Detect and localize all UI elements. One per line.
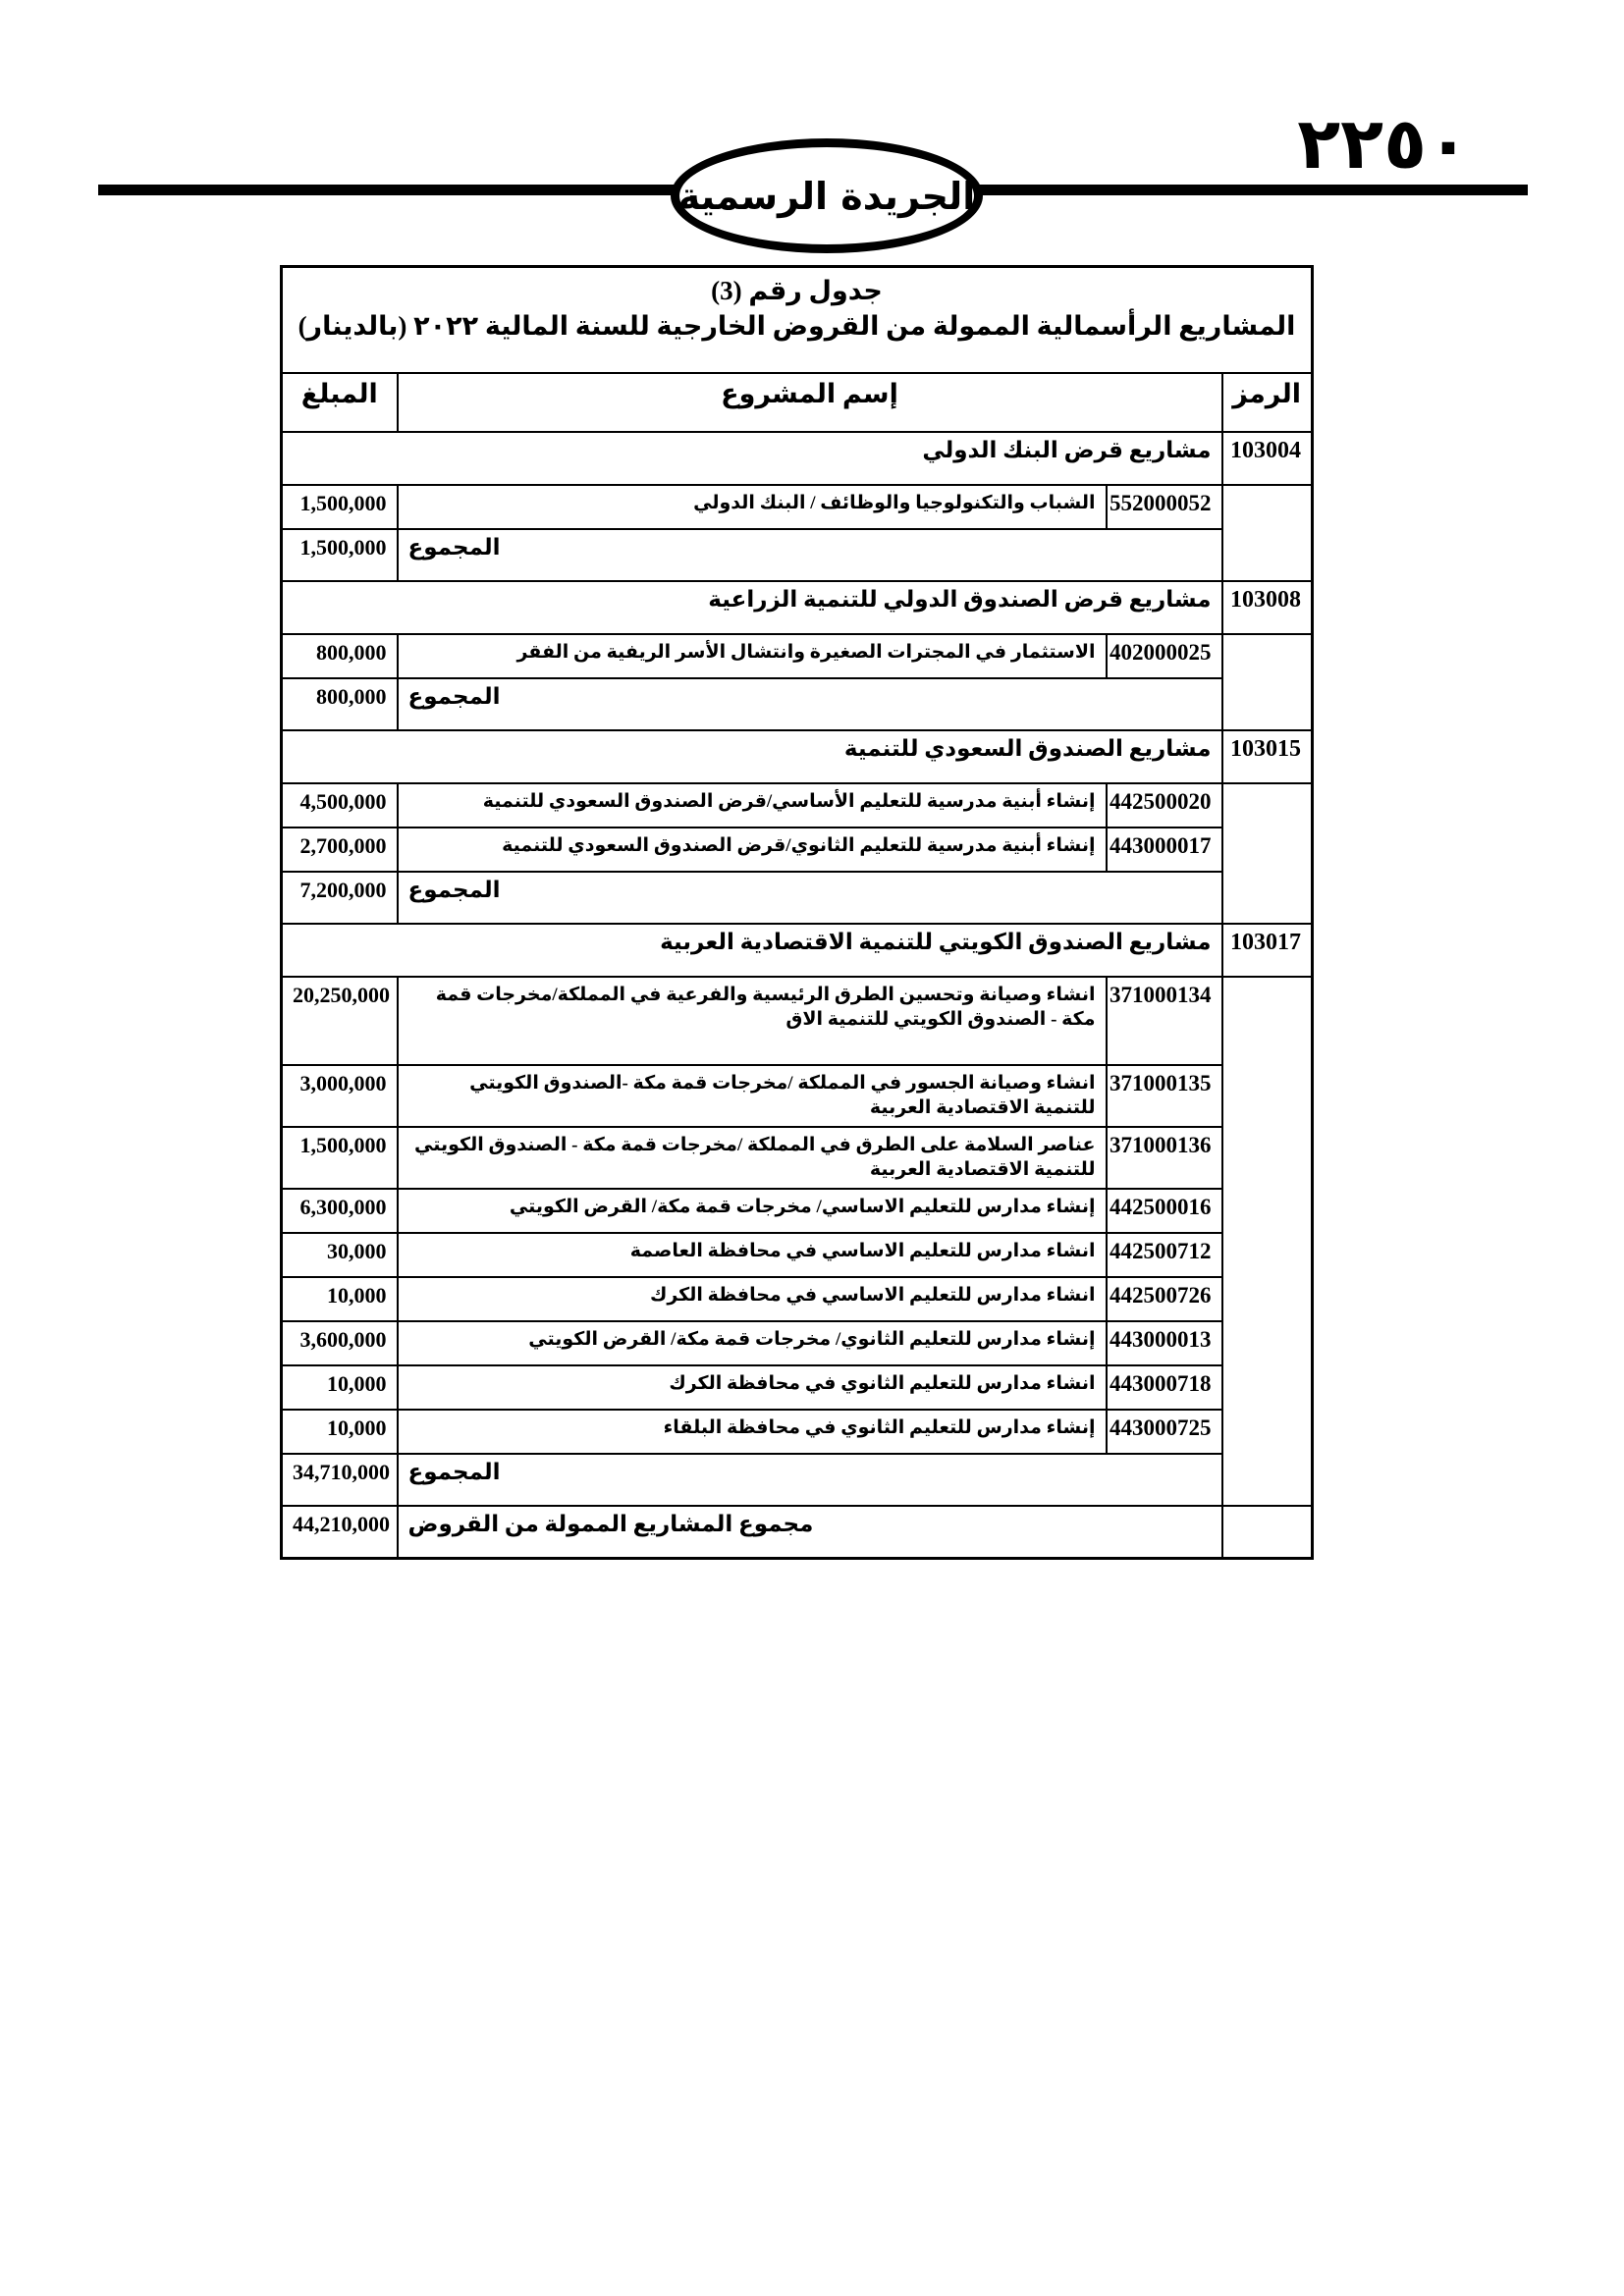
gazette-page: ٢٢٥٠ الجريدة الرسمية جدول رقم (3) المشار… [0,0,1624,2296]
project-amount: 10,000 [282,1365,398,1410]
project-code: 443000718 [1107,1365,1222,1410]
table-row: 402000025 الاستثمار في المجترات الصغيرة … [282,634,1313,678]
project-amount: 1,500,000 [282,1127,398,1189]
projects-table: جدول رقم (3) المشاريع الرأسمالية الممولة… [280,265,1314,1560]
project-code: 371000136 [1107,1127,1222,1189]
grand-total-row: مجموع المشاريع الممولة من القروض 44,210,… [282,1506,1313,1558]
project-name: الاستثمار في المجترات الصغيرة وانتشال ال… [398,634,1107,678]
group-total-row: المجموع 800,000 [282,678,1313,730]
grand-total-amount: 44,210,000 [282,1506,398,1558]
project-code: 443000017 [1107,828,1222,872]
table-row: 442500016 إنشاء مدارس للتعليم الاساسي/ م… [282,1189,1313,1233]
table-title: جدول رقم (3) [293,273,1301,308]
group-name: مشاريع الصندوق السعودي للتنمية [282,730,1222,783]
group-code-spacer [1222,977,1313,1507]
group-code: 103008 [1222,581,1313,634]
group-name: مشاريع قرض البنك الدولي [282,432,1222,485]
project-code: 442500726 [1107,1277,1222,1321]
page-number: ٢٢٥٠ [1297,108,1470,179]
project-amount: 10,000 [282,1410,398,1454]
project-code: 552000052 [1107,485,1222,529]
total-amount: 800,000 [282,678,398,730]
table-row: 442500712 انشاء مدارس للتعليم الاساسي في… [282,1233,1313,1277]
project-name: انشاء وصيانة وتحسين الطرق الرئيسية والفر… [398,977,1107,1065]
project-amount: 800,000 [282,634,398,678]
project-amount: 20,250,000 [282,977,398,1065]
total-label: المجموع [398,529,1222,581]
project-name: انشاء مدارس للتعليم الاساسي في محافظة ال… [398,1277,1107,1321]
project-name: إنشاء مدارس للتعليم الثانوي في محافظة ال… [398,1410,1107,1454]
group-header-row: 103008 مشاريع قرض الصندوق الدولي للتنمية… [282,581,1313,634]
group-code-spacer [1222,485,1313,581]
table-title-row: جدول رقم (3) المشاريع الرأسمالية الممولة… [282,267,1313,373]
project-amount: 4,500,000 [282,783,398,828]
group-code: 103017 [1222,924,1313,977]
project-name: الشباب والتكنولوجيا والوظائف / البنك الد… [398,485,1107,529]
group-total-row: المجموع 7,200,000 [282,872,1313,924]
project-amount: 3,000,000 [282,1065,398,1127]
total-amount: 7,200,000 [282,872,398,924]
group-name: مشاريع قرض الصندوق الدولي للتنمية الزراع… [282,581,1222,634]
total-label: المجموع [398,872,1222,924]
header-code: الرمز [1222,373,1313,432]
project-code: 442500712 [1107,1233,1222,1277]
project-name: انشاء مدارس للتعليم الثانوي في محافظة ال… [398,1365,1107,1410]
gazette-seal: الجريدة الرسمية [671,138,983,253]
group-name: مشاريع الصندوق الكويتي للتنمية الاقتصادي… [282,924,1222,977]
project-name: إنشاء أبنية مدرسية للتعليم الأساسي/قرض ا… [398,783,1107,828]
table-row: 443000725 إنشاء مدارس للتعليم الثانوي في… [282,1410,1313,1454]
project-amount: 30,000 [282,1233,398,1277]
project-code: 371000134 [1107,977,1222,1065]
project-code: 371000135 [1107,1065,1222,1127]
table-row: 443000718 انشاء مدارس للتعليم الثانوي في… [282,1365,1313,1410]
group-code: 103004 [1222,432,1313,485]
total-label: المجموع [398,678,1222,730]
table-row: 371000136 عناصر السلامة على الطرق في الم… [282,1127,1313,1189]
project-amount: 10,000 [282,1277,398,1321]
projects-table-wrapper: جدول رقم (3) المشاريع الرأسمالية الممولة… [280,265,1314,1560]
group-total-row: المجموع 1,500,000 [282,529,1313,581]
group-header-row: 103004 مشاريع قرض البنك الدولي [282,432,1313,485]
project-code: 443000013 [1107,1321,1222,1365]
table-row: 443000017 إنشاء أبنية مدرسية للتعليم الث… [282,828,1313,872]
project-code: 443000725 [1107,1410,1222,1454]
table-header-row: الرمز إسم المشروع المبلغ [282,373,1313,432]
table-row: 442500726 انشاء مدارس للتعليم الاساسي في… [282,1277,1313,1321]
group-code: 103015 [1222,730,1313,783]
table-row: 371000135 انشاء وصيانة الجسور في المملكة… [282,1065,1313,1127]
project-name: إنشاء مدارس للتعليم الاساسي/ مخرجات قمة … [398,1189,1107,1233]
grand-code-spacer [1222,1506,1313,1558]
table-row: 552000052 الشباب والتكنولوجيا والوظائف /… [282,485,1313,529]
project-amount: 1,500,000 [282,485,398,529]
project-code: 442500016 [1107,1189,1222,1233]
grand-total-label: مجموع المشاريع الممولة من القروض [398,1506,1222,1558]
table-subtitle: المشاريع الرأسمالية الممولة من القروض ال… [293,308,1301,344]
table-row: 442500020 إنشاء أبنية مدرسية للتعليم الأ… [282,783,1313,828]
project-amount: 2,700,000 [282,828,398,872]
project-code: 442500020 [1107,783,1222,828]
project-name: انشاء مدارس للتعليم الاساسي في محافظة ال… [398,1233,1107,1277]
table-row: 371000134 انشاء وصيانة وتحسين الطرق الرئ… [282,977,1313,1065]
total-amount: 1,500,000 [282,529,398,581]
project-name: إنشاء مدارس للتعليم الثانوي/ مخرجات قمة … [398,1321,1107,1365]
total-label: المجموع [398,1454,1222,1506]
table-title-cell: جدول رقم (3) المشاريع الرأسمالية الممولة… [282,267,1313,373]
project-name: عناصر السلامة على الطرق في المملكة /مخرج… [398,1127,1107,1189]
project-amount: 3,600,000 [282,1321,398,1365]
group-header-row: 103017 مشاريع الصندوق الكويتي للتنمية ال… [282,924,1313,977]
header-amount: المبلغ [282,373,398,432]
project-code: 402000025 [1107,634,1222,678]
group-code-spacer [1222,783,1313,924]
project-name: انشاء وصيانة الجسور في المملكة /مخرجات ق… [398,1065,1107,1127]
header-project-name: إسم المشروع [398,373,1222,432]
table-row: 443000013 إنشاء مدارس للتعليم الثانوي/ م… [282,1321,1313,1365]
group-total-row: المجموع 34,710,000 [282,1454,1313,1506]
gazette-name: الجريدة الرسمية [678,178,976,215]
group-header-row: 103015 مشاريع الصندوق السعودي للتنمية [282,730,1313,783]
total-amount: 34,710,000 [282,1454,398,1506]
project-name: إنشاء أبنية مدرسية للتعليم الثانوي/قرض ا… [398,828,1107,872]
group-code-spacer [1222,634,1313,730]
project-amount: 6,300,000 [282,1189,398,1233]
